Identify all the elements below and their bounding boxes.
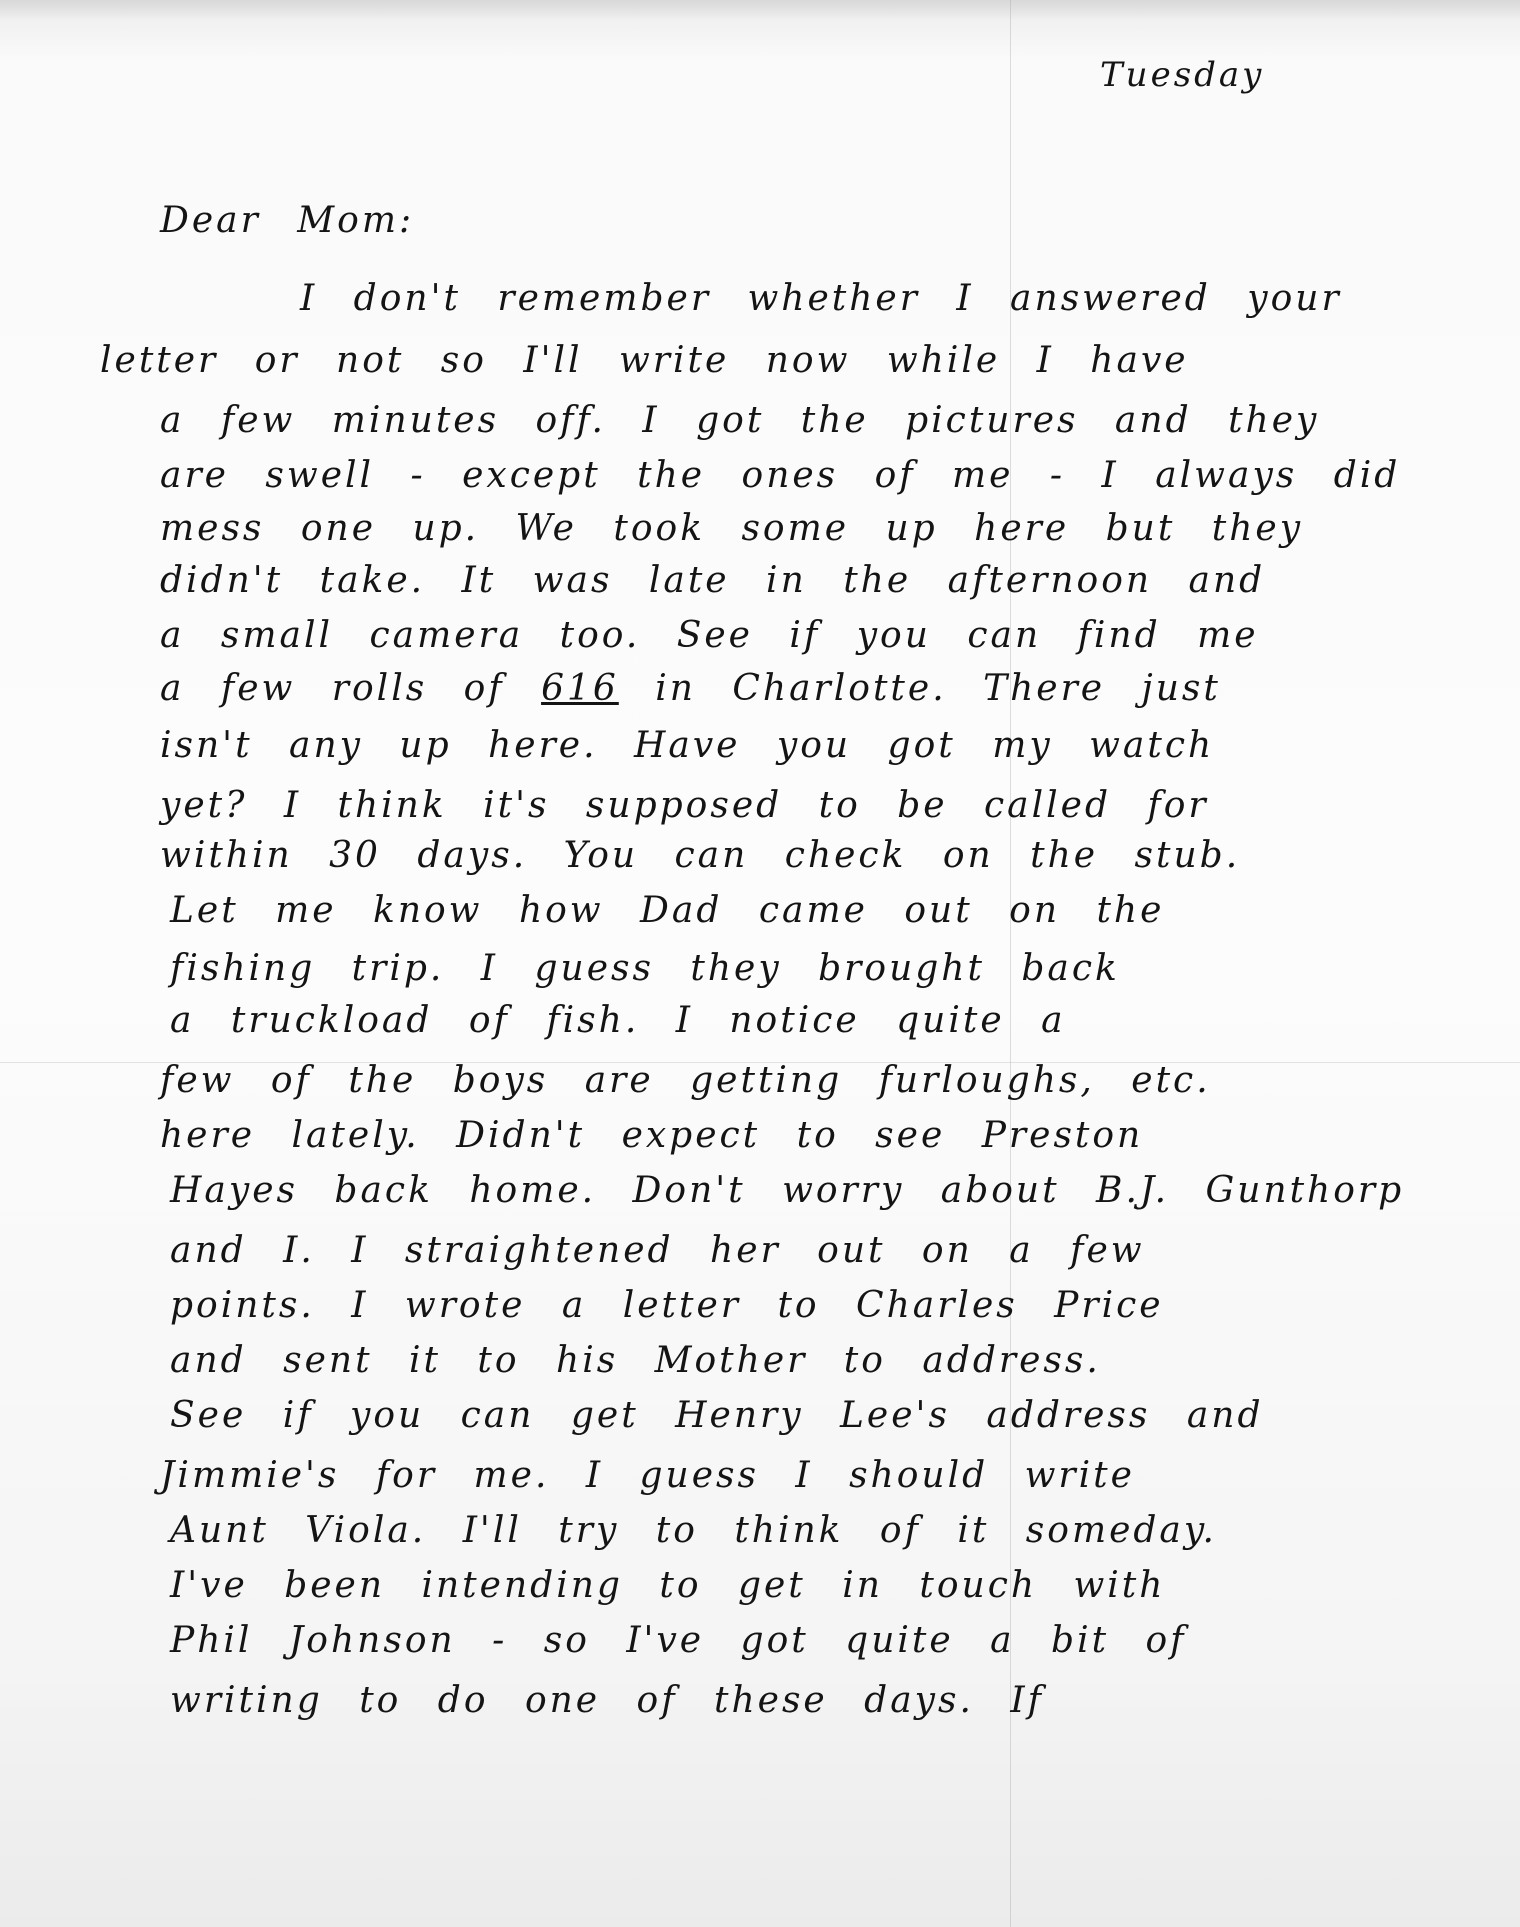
letter-line: didn't take. It was late in the afternoo…	[160, 560, 1265, 601]
letter-line: a truckload of fish. I notice quite a	[170, 1000, 1066, 1041]
letter-line: isn't any up here. Have you got my watch	[160, 725, 1214, 766]
letter-line: yet? I think it's supposed to be called …	[160, 785, 1209, 826]
letter-line: Let me know how Dad came out on the	[170, 890, 1164, 931]
letter-page: Tuesday Dear Mom: I don't remember wheth…	[0, 0, 1520, 1927]
letter-line: few of the boys are getting furloughs, e…	[160, 1060, 1211, 1101]
letter-line: Phil Johnson - so I've got quite a bit o…	[170, 1620, 1187, 1661]
letter-line: and sent it to his Mother to address.	[170, 1340, 1101, 1381]
letter-line: Jimmie's for me. I guess I should write	[160, 1455, 1135, 1496]
letter-line: fishing trip. I guess they brought back	[170, 948, 1120, 989]
letter-line: I don't remember whether I answered your	[300, 278, 1342, 319]
letter-line: points. I wrote a letter to Charles Pric…	[170, 1285, 1164, 1326]
letter-salutation: Dear Mom:	[160, 200, 414, 241]
letter-line: Aunt Viola. I'll try to think of it some…	[170, 1510, 1217, 1551]
letter-line: are swell - except the ones of me - I al…	[160, 455, 1400, 496]
letter-line: a few minutes off. I got the pictures an…	[160, 400, 1319, 441]
letter-line: here lately. Didn't expect to see Presto…	[160, 1115, 1143, 1156]
letter-line: within 30 days. You can check on the stu…	[160, 835, 1240, 876]
letter-line: a few rolls of 616 in Charlotte. There j…	[160, 668, 1221, 709]
torn-top-edge	[0, 0, 1520, 20]
letter-line: mess one up. We took some up here but th…	[160, 508, 1303, 549]
letter-line: Hayes back home. Don't worry about B.J. …	[170, 1170, 1404, 1211]
letter-line: a small camera too. See if you can find …	[160, 615, 1259, 656]
letter-line: writing to do one of these days. If	[170, 1680, 1044, 1721]
letter-line: and I. I straightened her out on a few	[170, 1230, 1145, 1271]
letter-line: I've been intending to get in touch with	[170, 1565, 1165, 1606]
letter-line: See if you can get Henry Lee's address a…	[170, 1395, 1264, 1436]
letter-line: letter or not so I'll write now while I …	[100, 340, 1189, 381]
underlined-film-size: 616	[541, 668, 619, 709]
letter-date: Tuesday	[1100, 55, 1264, 95]
